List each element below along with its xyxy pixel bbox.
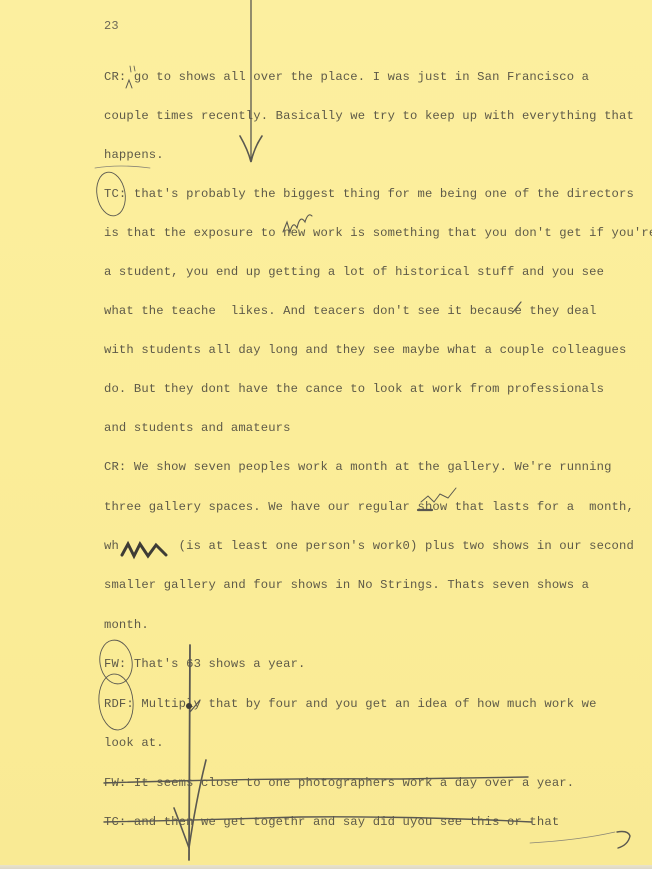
document-page: 23 CR: go to shows all over the place. I… xyxy=(0,0,652,869)
paper-edge xyxy=(0,865,652,869)
pencil-annotations xyxy=(0,0,652,869)
